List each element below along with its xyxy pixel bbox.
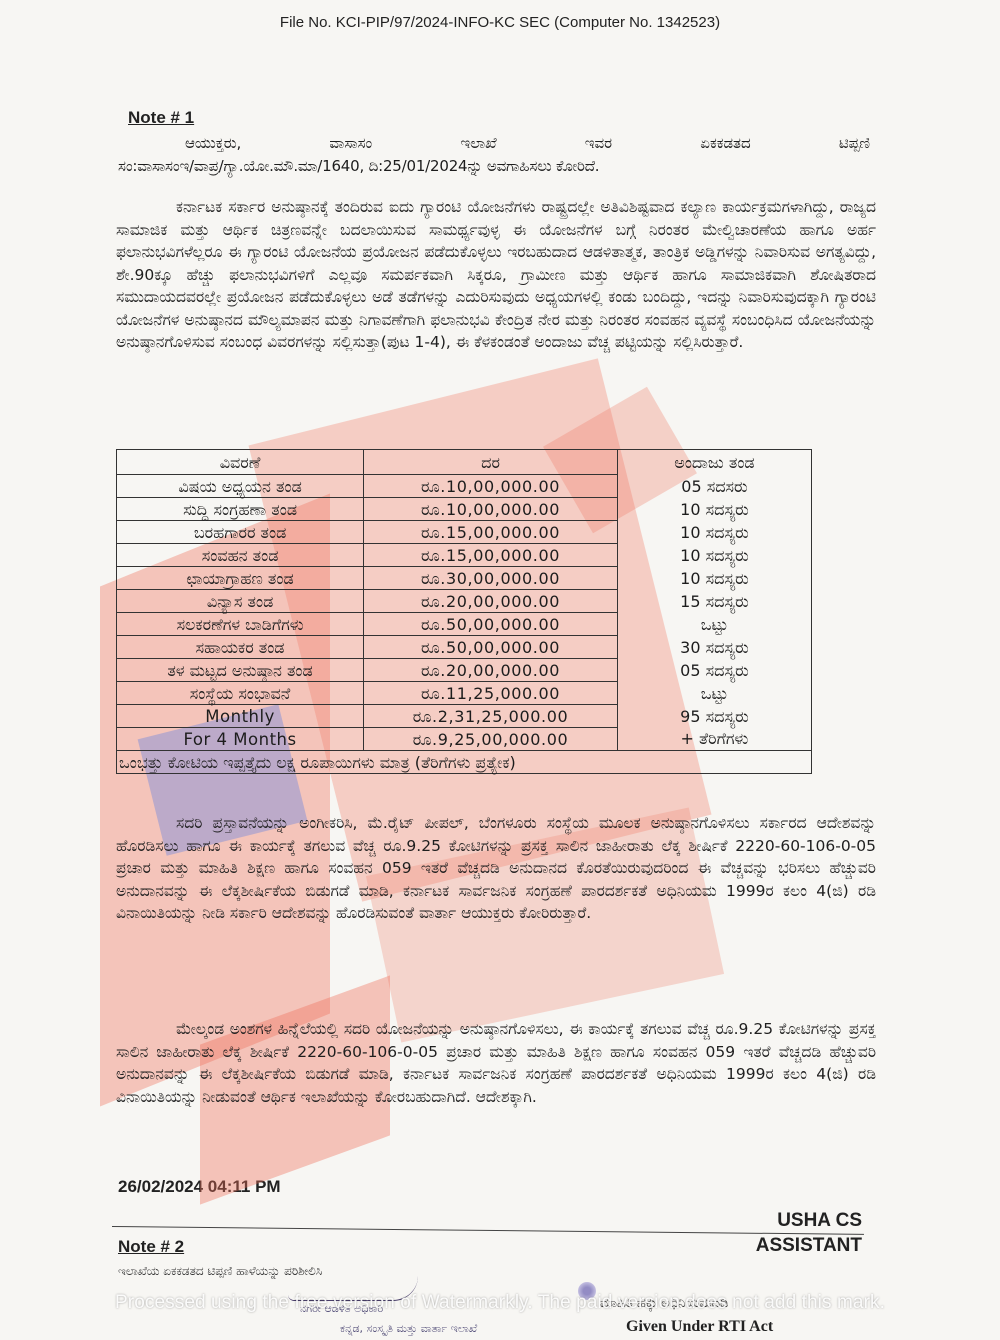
total-in-words: ಒಂಭತ್ತು ಕೋಟಿಯ ಇಪ್ಪತ್ತೈದು ಲಕ್ಷ ರೂಪಾಯಿಗಳು … [117, 751, 812, 774]
cost-estimate-table: ವಿವರಣೆ ದರ ಅಂದಾಜು ತಂಡ ವಿಷಯ ಅಧ್ಯಯನ ತಂಡರೂ.1… [116, 449, 812, 774]
row-description: Monthly [117, 705, 364, 728]
note-divider [112, 1226, 864, 1235]
table-row: Monthlyರೂ.2,31,25,000.0095 ಸದಸ್ಯರು [117, 705, 812, 728]
paragraph-recommendation: ಮೇಲ್ಕಂಡ ಅಂಶಗಳ ಹಿನ್ನೆಲೆಯಲ್ಲಿ ಸದರಿ ಯೋಜನೆಯನ… [116, 1018, 876, 1108]
row-rate: ರೂ.10,00,000.00 [364, 498, 618, 521]
note-timestamp: 26/02/2024 04:11 PM [118, 1177, 281, 1197]
row-team: 10 ಸದಸ್ಯರು [617, 498, 811, 521]
row-description: ಸುದ್ದಿ ಸಂಗ್ರಹಣಾ ತಂಡ [117, 498, 364, 521]
row-rate: ರೂ.11,25,000.00 [364, 682, 618, 705]
table-row: ವಿಷಯ ಅಧ್ಯಯನ ತಂಡರೂ.10,00,000.0005 ಸದಸರು [117, 475, 812, 498]
row-description: For 4 Months [117, 728, 364, 751]
row-rate: ರೂ.2,31,25,000.00 [364, 705, 618, 728]
header-description: ವಿವರಣೆ [117, 450, 364, 475]
row-description: ತಳ ಮಟ್ಟದ ಅನುಷ್ಠಾನ ತಂಡ [117, 659, 364, 682]
ref-word: ಏಕಕಡತದ [700, 134, 750, 152]
header-team: ಅಂದಾಜು ತಂಡ [617, 450, 811, 475]
ref-word: ಆಯುಕ್ತರು, [185, 134, 241, 152]
row-team: 10 ಸದಸ್ಯರು [617, 544, 811, 567]
paragraph-intro: ಕರ್ನಾಟಕ ಸರ್ಕಾರ ಅನುಷ್ಠಾನಕ್ಕೆ ತಂದಿರುವ ಐದು … [116, 196, 876, 354]
document-page: File No. KCI-PIP/97/2024-INFO-KC SEC (Co… [0, 0, 1000, 1340]
row-description: ವಿನ್ಯಾಸ ತಂಡ [117, 590, 364, 613]
row-team: + ತೆರಿಗೆಗಳು [617, 728, 811, 751]
reference-line-1: ಆಯುಕ್ತರು, ವಾಸಾಸಂ ಇಲಾಖೆ ಇವರ ಏಕಕಡತದ ಟಿಪ್ಪಣ… [130, 134, 870, 152]
watermark-text: Processed using the free version of Wate… [0, 1292, 1000, 1314]
table-header-row: ವಿವರಣೆ ದರ ಅಂದಾಜು ತಂಡ [117, 450, 812, 475]
row-description: ಬರಹಗಾರರ ತಂಡ [117, 521, 364, 544]
signer-role: ASSISTANT [756, 1233, 862, 1258]
note-1-title: Note # 1 [128, 108, 194, 128]
table-row: ವಿನ್ಯಾಸ ತಂಡರೂ.20,00,000.0015 ಸದಸ್ಯರು [117, 590, 812, 613]
row-team: 05 ಸದಸ್ಯರು [617, 659, 811, 682]
row-team: ಒಟ್ಟು [617, 682, 811, 705]
row-rate: ರೂ.9,25,00,000.00 [364, 728, 618, 751]
paragraph-proposal: ಸದರಿ ಪ್ರಸ್ತಾವನೆಯನ್ನು ಅಂಗೀಕರಿಸಿ, ಮೆ.ರೈಟ್ … [116, 812, 876, 925]
row-rate: ರೂ.15,00,000.00 [364, 544, 618, 567]
ref-word: ಟಿಪ್ಪಣಿ [839, 134, 870, 152]
row-description: ಛಾಯಾಗ್ರಾಹಣ ತಂಡ [117, 567, 364, 590]
file-number-header: File No. KCI-PIP/97/2024-INFO-KC SEC (Co… [0, 14, 1000, 31]
row-description: ಸಂಸ್ಥೆಯ ಸಂಭಾವನೆ [117, 682, 364, 705]
table-total-row: ಒಂಭತ್ತು ಕೋಟಿಯ ಇಪ್ಪತ್ತೈದು ಲಕ್ಷ ರೂಪಾಯಿಗಳು … [117, 751, 812, 774]
table-row: ತಳ ಮಟ್ಟದ ಅನುಷ್ಠಾನ ತಂಡರೂ.20,00,000.0005 ಸ… [117, 659, 812, 682]
table-row: ಬರಹಗಾರರ ತಂಡರೂ.15,00,000.0010 ಸದಸ್ಯರು [117, 521, 812, 544]
table-row: ಸಲಕರಣೆಗಳ ಬಾಡಿಗೆಗಳುರೂ.50,00,000.00ಒಟ್ಟು [117, 613, 812, 636]
signer-name: USHA CS [756, 1208, 862, 1233]
paragraph-proposal-text: ಸದರಿ ಪ್ರಸ್ತಾವನೆಯನ್ನು ಅಂಗೀಕರಿಸಿ, ಮೆ.ರೈಟ್ … [116, 814, 876, 922]
row-team: 30 ಸದಸ್ಯರು [617, 636, 811, 659]
row-rate: ರೂ.15,00,000.00 [364, 521, 618, 544]
ref-word: ಇವರ [585, 134, 612, 152]
paragraph-intro-text: ಕರ್ನಾಟಕ ಸರ್ಕಾರ ಅನುಷ್ಠಾನಕ್ಕೆ ತಂದಿರುವ ಐದು … [116, 198, 876, 351]
table-row: ಸುದ್ದಿ ಸಂಗ್ರಹಣಾ ತಂಡರೂ.10,00,000.0010 ಸದಸ… [117, 498, 812, 521]
row-description: ವಿಷಯ ಅಧ್ಯಯನ ತಂಡ [117, 475, 364, 498]
rti-stamp-english: Given Under RTI Act [626, 1318, 773, 1336]
row-description: ಸಹಾಯಕರ ತಂಡ [117, 636, 364, 659]
table-row: ಛಾಯಾಗ್ರಾಹಣ ತಂಡರೂ.30,00,000.0010 ಸದಸ್ಯರು [117, 567, 812, 590]
row-rate: ರೂ.50,00,000.00 [364, 636, 618, 659]
row-description: ಸಂವಹನ ತಂಡ [117, 544, 364, 567]
stamp-department-line: ಕನ್ನಡ, ಸಂಸ್ಕೃತಿ ಮತ್ತು ವಾರ್ತಾ ಇಲಾಖೆ [340, 1322, 477, 1336]
table-row: ಸಂವಹನ ತಂಡರೂ.15,00,000.0010 ಸದಸ್ಯರು [117, 544, 812, 567]
row-team: 15 ಸದಸ್ಯರು [617, 590, 811, 613]
row-rate: ರೂ.20,00,000.00 [364, 590, 618, 613]
row-team: 10 ಸದಸ್ಯರು [617, 521, 811, 544]
row-rate: ರೂ.20,00,000.00 [364, 659, 618, 682]
ref-word: ವಾಸಾಸಂ [329, 134, 372, 152]
row-description: ಸಲಕರಣೆಗಳ ಬಾಡಿಗೆಗಳು [117, 613, 364, 636]
paragraph-recommendation-text: ಮೇಲ್ಕಂಡ ಅಂಶಗಳ ಹಿನ್ನೆಲೆಯಲ್ಲಿ ಸದರಿ ಯೋಜನೆಯನ… [116, 1020, 876, 1106]
row-team: 95 ಸದಸ್ಯರು [617, 705, 811, 728]
row-rate: ರೂ.10,00,000.00 [364, 475, 618, 498]
ref-word: ಇಲಾಖೆ [460, 134, 496, 152]
header-rate: ದರ [364, 450, 618, 475]
row-rate: ರೂ.30,00,000.00 [364, 567, 618, 590]
row-team: 10 ಸದಸ್ಯರು [617, 567, 811, 590]
row-rate: ರೂ.50,00,000.00 [364, 613, 618, 636]
table-row: For 4 Monthsರೂ.9,25,00,000.00+ ತೆರಿಗೆಗಳು [117, 728, 812, 751]
row-team: ಒಟ್ಟು [617, 613, 811, 636]
table-row: ಸಂಸ್ಥೆಯ ಸಂಭಾವನೆರೂ.11,25,000.00ಒಟ್ಟು [117, 682, 812, 705]
reference-line-2: ಸಂ:ವಾಸಾಸಂಇ/ವಾಪ್ರ/ಗ್ಯಾ.ಯೋ.ಮೌ.ಮಾ/1640, ದಿ:… [118, 157, 878, 175]
note-2-title: Note # 2 [118, 1237, 184, 1257]
table-row: ಸಹಾಯಕರ ತಂಡರೂ.50,00,000.0030 ಸದಸ್ಯರು [117, 636, 812, 659]
row-team: 05 ಸದಸರು [617, 475, 811, 498]
